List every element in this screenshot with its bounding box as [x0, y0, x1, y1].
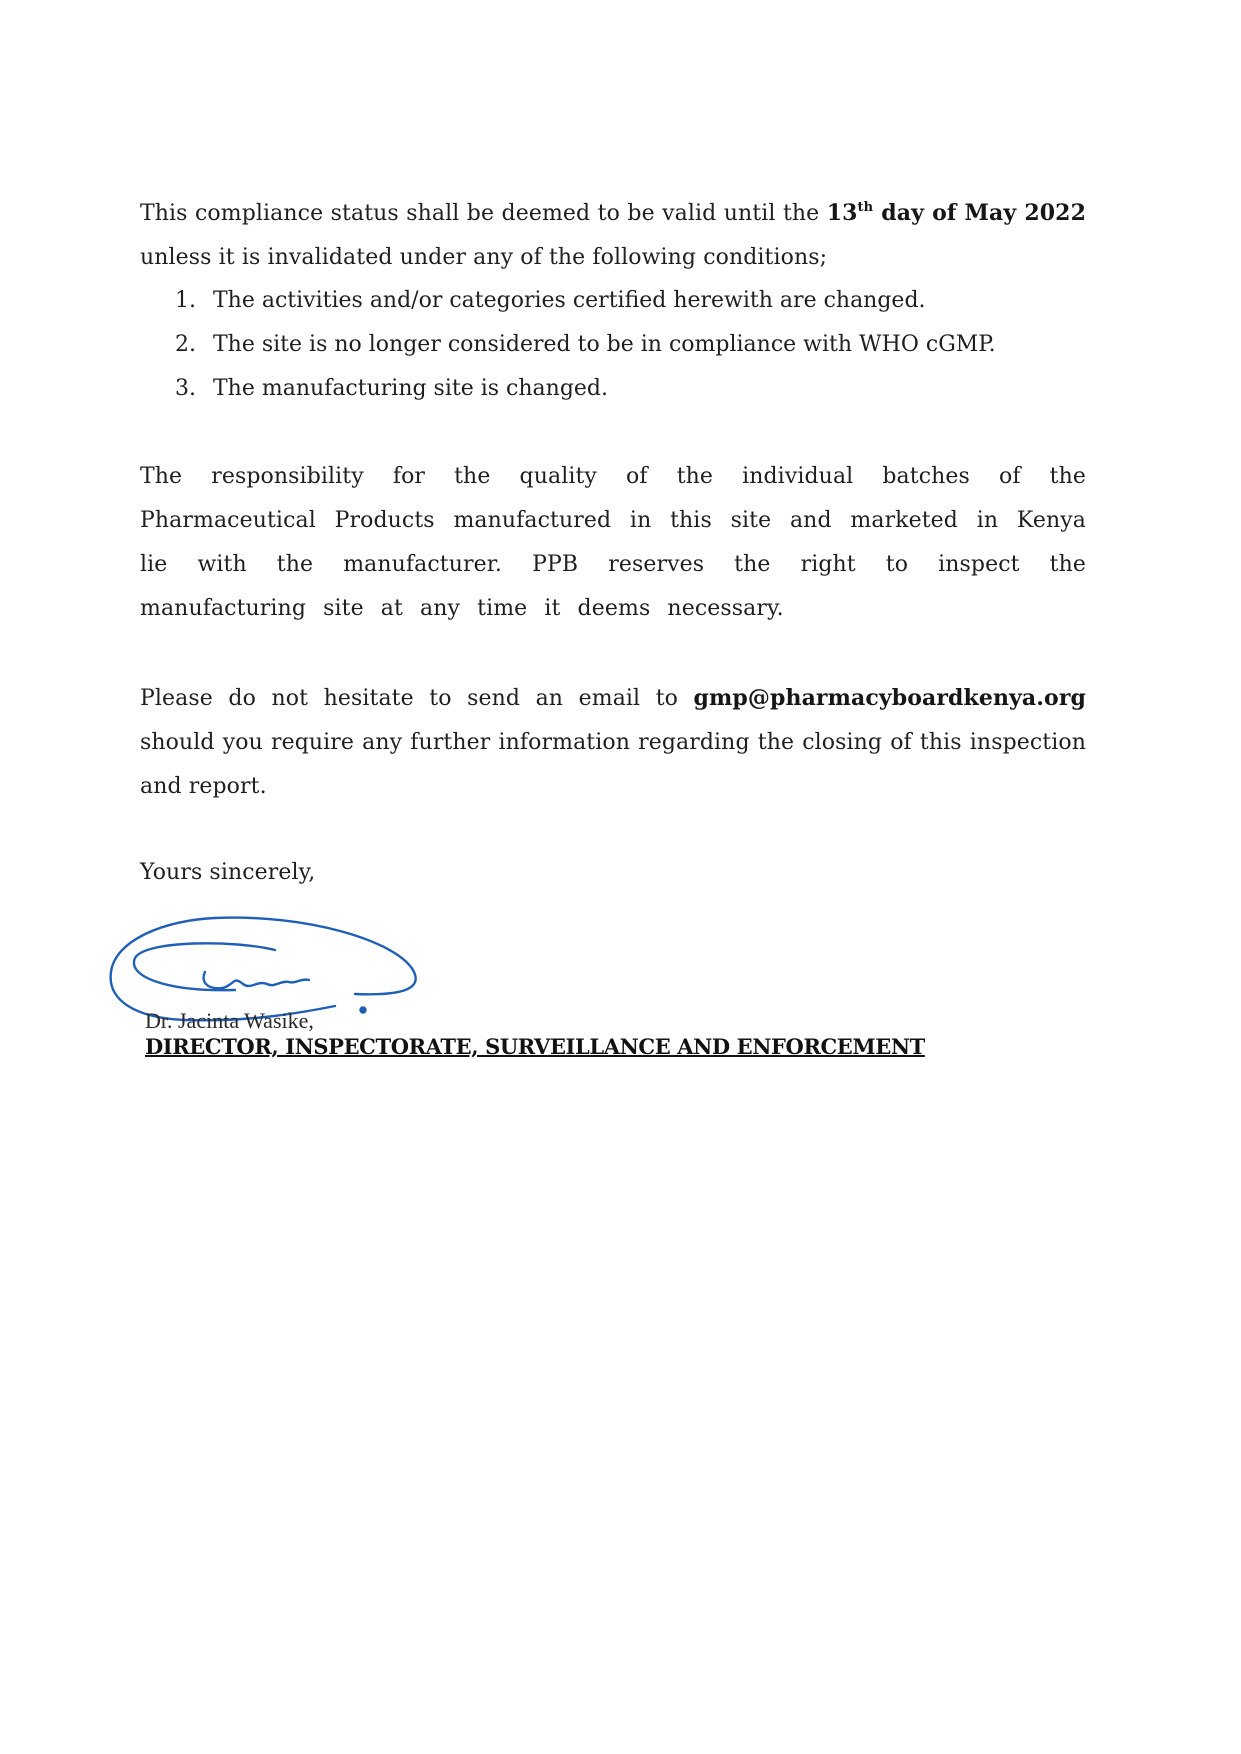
condition-item: 3.The manufacturing site is changed.	[175, 367, 1075, 411]
contact-email-link[interactable]: gmp@pharmacyboardkenya.org	[694, 685, 1086, 711]
signer-title: DIRECTOR, INSPECTORATE, SURVEILLANCE AND…	[145, 1034, 925, 1059]
condition-item: 2.The site is no longer considered to be…	[175, 323, 1075, 367]
closing-salutation: Yours sincerely,	[140, 851, 1086, 895]
signer-name: Dr. Jacinta Wasike,	[145, 1008, 314, 1034]
validity-paragraph: This compliance status shall be deemed t…	[140, 191, 1086, 280]
conditions-list: 1.The activities and/or categories certi…	[175, 279, 1075, 411]
condition-item: 1.The activities and/or categories certi…	[175, 279, 1075, 323]
validity-date: 13th day of May 2022	[827, 200, 1086, 226]
contact-paragraph: Please do not hesitate to send an email …	[140, 676, 1086, 809]
letter-page: This compliance status shall be deemed t…	[0, 0, 1241, 1754]
validity-text-after: unless it is invalidated under any of th…	[140, 245, 827, 270]
validity-text-before: This compliance status shall be deemed t…	[140, 201, 827, 226]
responsibility-paragraph: The responsibility for the quality of th…	[140, 455, 1086, 631]
